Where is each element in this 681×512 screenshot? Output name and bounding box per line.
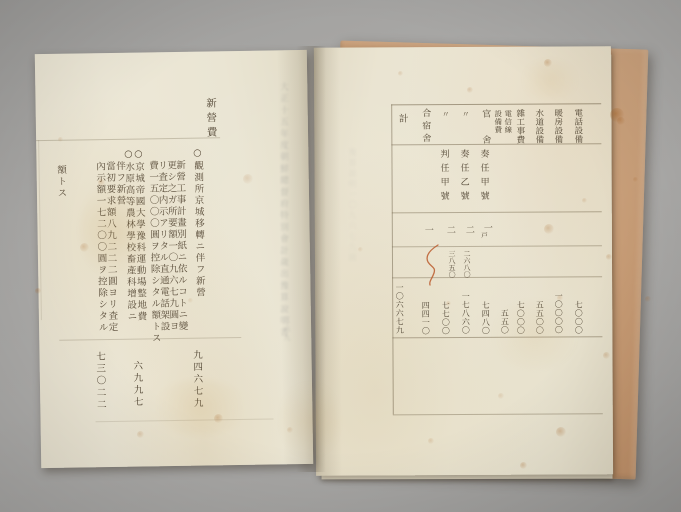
foxing-spot <box>606 254 612 260</box>
foxing-spot <box>446 301 451 306</box>
amount-cell: 七四八〇 <box>481 301 489 335</box>
age-stain <box>150 380 250 435</box>
count-cell: 二 <box>445 225 454 234</box>
count-cell: 二 <box>464 225 473 234</box>
count-cell: 一戸 <box>482 223 491 239</box>
column-header-total: 計 <box>397 113 407 123</box>
age-stain <box>280 380 340 460</box>
foxing-spot <box>617 117 625 125</box>
table-rule <box>391 104 394 414</box>
sub-header: 奏任乙號 <box>458 149 467 205</box>
foxing-spot <box>428 438 434 444</box>
foxing-spot <box>582 198 587 203</box>
foxing-spot <box>544 59 552 67</box>
amount-cell: 一七八六〇 <box>461 292 469 335</box>
foxing-spot <box>80 243 89 252</box>
table-rule <box>391 103 601 105</box>
foxing-spot <box>137 431 144 438</box>
count-cell: 一 <box>423 225 432 234</box>
foxing-spot <box>645 296 651 302</box>
section-title: 新營費 <box>205 97 216 141</box>
column-header: 雜工事費 <box>515 109 524 144</box>
ghost-showthrough-text: 大正十五年度朝鮮總督府特別會計歲出豫算說明書 <box>279 82 288 339</box>
table-rule <box>392 276 602 278</box>
foxing-spot <box>243 174 253 184</box>
count-value: 一 <box>482 223 492 232</box>
amount-cell: 四四一〇 <box>421 301 429 335</box>
foxing-spot <box>358 247 363 252</box>
sub-header: 奏任甲號 <box>478 149 487 205</box>
page-rule <box>36 137 220 141</box>
column-header: 水道設備 <box>534 109 543 144</box>
foxing-spot <box>498 393 504 399</box>
unit-value-cell: 二六八〇 <box>463 250 470 278</box>
foxing-spot <box>544 224 554 234</box>
foxing-spot <box>35 288 41 294</box>
sub-header: 判任甲號 <box>438 149 447 205</box>
table-rule <box>392 211 602 213</box>
foxing-spot <box>214 414 223 423</box>
foxing-spot <box>633 177 638 182</box>
ghost-page-number: 三六九 <box>283 316 290 343</box>
text-column: ○觀測所京城移轉ニ伴フ新營 <box>192 148 204 299</box>
column-header: 合宿舍 <box>420 108 429 146</box>
foxing-spot <box>603 352 610 359</box>
column-header: 設備費 <box>494 110 502 134</box>
foxing-spot <box>398 71 403 76</box>
ghost-showthrough-text: 豫算說明一〇九六七九圓 <box>348 148 356 264</box>
text-column: 費一五〇〇〇圓ヲ控除シタル額トス <box>147 160 159 344</box>
right-page: 電話設備 暖房設備 水道設備 雜工事費 電信線 設備費 官舍 〃 〃 合宿舍 計… <box>314 46 613 476</box>
column-header: 電話設備 <box>573 108 582 143</box>
count-unit: 戸 <box>480 232 487 239</box>
column-header: 暖房設備 <box>553 108 562 143</box>
foxing-spot <box>467 87 473 93</box>
item-amount: 六九九七 <box>132 361 142 409</box>
column-header: 電信線 <box>504 110 512 134</box>
foxing-spot <box>287 427 293 433</box>
ditto-mark: 〃 <box>461 110 469 118</box>
foxing-spot <box>188 298 193 303</box>
foxing-spot <box>557 295 563 301</box>
item-amount: 七三〇二二 <box>94 351 104 411</box>
foxing-spot <box>520 462 527 469</box>
photo-backdrop: 電話設備 暖房設備 水道設備 雜工事費 電信線 設備費 官舍 〃 〃 合宿舍 計… <box>0 0 681 512</box>
ditto-mark: 〃 <box>441 110 449 118</box>
foxing-spot <box>98 179 105 186</box>
foxing-spot <box>58 137 63 142</box>
amount-cell: 七七〇〇 <box>441 301 449 335</box>
text-column: 額トス <box>56 165 66 200</box>
age-stain <box>490 300 580 370</box>
unit-value-cell: 三八五〇 <box>448 250 455 278</box>
age-stain <box>80 180 150 280</box>
foxing-spot <box>556 427 566 437</box>
table-rule <box>393 413 603 415</box>
table-rule <box>392 245 602 247</box>
amount-cell-total: 一〇六六七九 <box>395 283 403 334</box>
